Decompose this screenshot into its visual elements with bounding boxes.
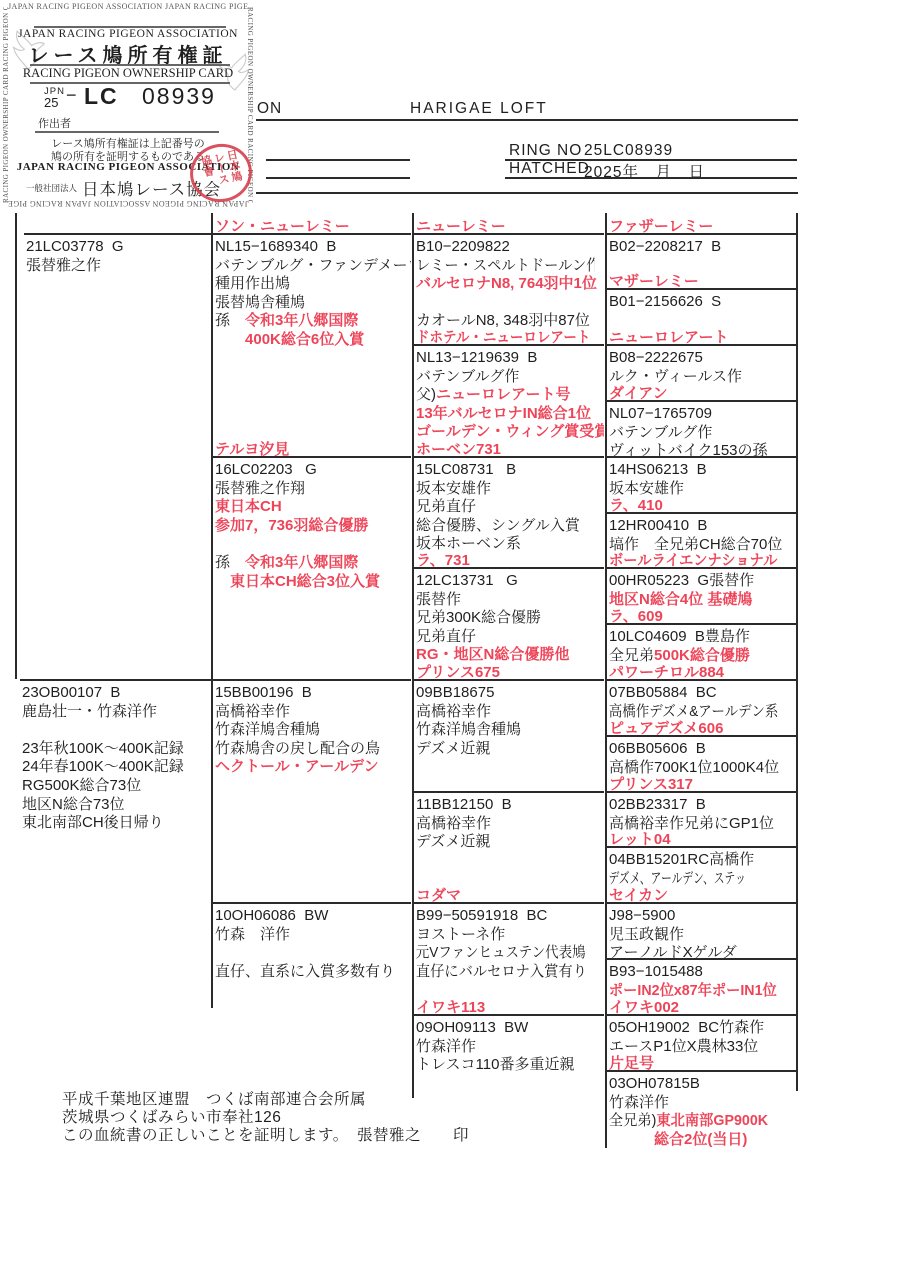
note-line: 兄弟直仔 <box>414 498 604 517</box>
ring-line: B08−2222675 <box>607 349 797 368</box>
ring-line: 10OH06086 BW <box>213 907 411 926</box>
blank-field-line <box>266 177 410 179</box>
pedigree-cell: ニューレミー B10−2209822 レミー・スペルトドールン作 バルセロナN8… <box>414 233 604 331</box>
note-line: デズメ近親 <box>414 740 604 759</box>
ring-no-value: 25LC08939 <box>584 142 673 160</box>
hatched-label: HATCHED <box>509 160 590 178</box>
pigeon-name: 片足号 <box>609 1052 654 1073</box>
ring-line: B02−2208217 B <box>607 238 797 257</box>
award-line: 東日本CH総合3位入賞 <box>213 573 411 592</box>
note-line: デズメ近親 <box>414 833 604 852</box>
ring-line: 12LC13731 G <box>414 572 604 591</box>
ring-line: 00HR05223 G張替作 <box>607 572 797 591</box>
pigeon-name: イワキ113 <box>416 996 485 1017</box>
record-line: 東北南部CH後日帰り <box>20 814 212 833</box>
award-line: 総合優勝、シングル入賞 <box>414 517 604 536</box>
note-line: トレスコ110番多重近親 <box>414 1056 604 1075</box>
pigeon-name: プリンス317 <box>609 773 693 794</box>
loft-word-fragment: ON <box>257 100 282 118</box>
award-line: 兄弟300K総合優勝 <box>414 609 604 628</box>
pedigree-cell: ファザーレミー B02−2208217 B <box>607 233 797 257</box>
breeder-line: バテンブルグ作 <box>414 368 604 387</box>
card-ring-year: 25 <box>44 95 58 110</box>
pedigree-cell-father: 21LC03778 G 張替雅之作 <box>24 233 212 275</box>
breeder-line: 高橋裕幸作 <box>414 703 604 722</box>
pedigree-cell: パワーチロル884 07BB05884 BC 高橋作デズメ&アールデン系 <box>607 679 797 721</box>
card-maker-line <box>35 131 219 133</box>
award-line: 総合2位(当日) <box>607 1131 797 1150</box>
blank-line <box>213 535 411 554</box>
pedigree-cell: ソン・ニューレミー NL15−1689340 B バテンブルグ・ファンデメーウ作… <box>213 233 411 350</box>
pigeon-name: ボールライエンナショナル <box>609 549 777 570</box>
pigeon-name: テルヨ汐見 <box>215 438 289 459</box>
breeder-line: 坂本安雄作 <box>414 480 604 499</box>
pigeon-name: ソン・ニューレミー <box>215 215 350 236</box>
pedigree-cell: イワキ002 05OH19002 BC竹森作 エースP1位X農林33位 <box>607 1014 797 1056</box>
breeder-line: 児玉政観作 <box>607 926 797 945</box>
card-maker-label: 作出者 <box>38 115 71 131</box>
pedigree-cell: B93−1015488 ポーIN2位x87年ポーIN1位 <box>607 958 797 1000</box>
record-line: 23年秋100K〜400K記録 <box>20 740 212 759</box>
seal-text: 日本鳩レース協會 <box>197 148 244 193</box>
pedigree-cell: 10OH06086 BW 竹森 洋作 直仔、直系に入賞多数有り <box>213 902 411 981</box>
loft-underline <box>256 119 798 121</box>
breeder-line: 竹森 洋作 <box>213 926 411 945</box>
note-line: 竹森洋鳩舎種鳩 <box>414 721 604 740</box>
pigeon-name: ラ、609 <box>609 605 663 626</box>
pigeon-name: ラ、410 <box>609 494 663 515</box>
award-line: 孫 令和3年八郷国際 <box>213 312 411 331</box>
pedigree-cell: プリンス675 09BB18675 高橋裕幸作 竹森洋鳩舎種鳩 デズメ近親 <box>414 679 604 758</box>
note-line: 直仔、直系に入賞多数有り <box>213 963 411 982</box>
ring-line: B01−2156626 S <box>607 293 797 312</box>
ring-line: B93−1015488 <box>607 963 797 982</box>
note-line: 竹森鳩舎の戻し配合の鳥 <box>213 740 411 759</box>
record-line: RG500K総合73位 <box>20 777 212 796</box>
pedigree-cell: ニューロレアート B08−2222675 ルク・ヴィールス作 <box>607 344 797 386</box>
pedigree-cell: ラ、731 12LC13731 G 張替作 兄弟300K総合優勝 兄弟直仔 RG… <box>414 567 604 665</box>
ring-line: NL13−1219639 B <box>414 349 604 368</box>
pigeon-name: ピュアデズメ606 <box>609 717 723 738</box>
breeder-line: 竹森洋作 <box>607 1094 797 1113</box>
note-line: 種用作出鳩 <box>213 275 411 294</box>
pedigree-cell: プリンス317 02BB23317 B 高橋裕幸作兄弟にGP1位 <box>607 791 797 833</box>
pigeon-name: ラ、731 <box>416 549 470 570</box>
breeder-line: 張替作 <box>414 591 604 610</box>
note-line: 兄弟直仔 <box>414 628 604 647</box>
pigeon-name: レット04 <box>609 828 671 849</box>
strain-line: ヘクトール・アールデン <box>213 758 411 777</box>
ring-line: 14HS06213 B <box>607 461 797 480</box>
ring-line: 02BB23317 B <box>607 796 797 815</box>
ownership-card: JAPAN RACING PIGEON ASSOCIATION JAPAN RA… <box>2 2 254 208</box>
header-bottom-line <box>256 192 798 194</box>
breeder-line: バテンブルグ・ファンデメーウ作 <box>213 257 411 276</box>
ring-line: 03OH07815B <box>607 1075 797 1094</box>
pigeon-name: ホーベン731 <box>416 438 501 459</box>
pedigree-cell: ボールライエンナショナル 00HR05223 G張替作 地区N総合4位 基礎鳩 <box>607 567 797 609</box>
award-line: 参加7，736羽総合優勝 <box>213 517 411 536</box>
blank-field-line <box>266 159 410 161</box>
card-ring-series: LC <box>84 83 119 110</box>
pedigree-cell: 15BB00196 B 高橋裕幸作 竹森洋鳩舎種鳩 竹森鳩舎の戻し配合の鳥 ヘク… <box>213 679 411 777</box>
ring-line: J98−5900 <box>607 907 797 926</box>
loft-name: HARIGAE LOFT <box>410 100 548 118</box>
pigeon-name: イワキ002 <box>609 996 679 1017</box>
award-line: 直仔にバルセロナ入賞有り <box>414 963 595 982</box>
ring-line: 23OB00107 B <box>20 684 212 703</box>
ring-line: NL15−1689340 B <box>213 238 411 257</box>
blank-line <box>20 721 212 740</box>
pedigree-cell: ラ、410 12HR00410 B 塙作 全兄弟CH総合70位 <box>607 512 797 554</box>
award-line: 全兄弟)東北南部GP900K <box>607 1112 788 1131</box>
note-line: 元Vファンヒュステン代表鳩 <box>414 944 585 963</box>
award-line: 400K総合6位入賞 <box>213 331 411 350</box>
pigeon-name: ファザーレミー <box>609 215 713 236</box>
pedigree-cell: イワキ113 09OH09113 BW 竹森洋作 トレスコ110番多重近親 <box>414 1014 604 1075</box>
pigeon-name: ドホテル・ニューロレアート <box>416 326 590 347</box>
hatched-underline <box>505 177 797 179</box>
pigeon-name: マザーレミー <box>609 270 699 291</box>
card-border-top-text: JAPAN RACING PIGEON ASSOCIATION JAPAN RA… <box>8 2 248 11</box>
breeder-line: ヨストーネ作 <box>414 926 604 945</box>
note-line: 父)ニューロレアート号 <box>414 386 604 405</box>
ring-line: 09BB18675 <box>414 684 604 703</box>
ring-line: 09OH09113 BW <box>414 1019 604 1038</box>
ring-line: 11BB12150 B <box>414 796 604 815</box>
breeder-line: レミー・スペルトドールン作 <box>414 257 595 276</box>
breeder-line: 高橋裕幸作 <box>414 815 604 834</box>
record-line: 地区N総合73位 <box>20 796 212 815</box>
breeder-line: 高橋裕幸作 <box>213 703 411 722</box>
ring-line: 06BB05606 B <box>607 740 797 759</box>
pedigree-cell: 11BB12150 B 高橋裕幸作 デズメ近親 <box>414 791 604 852</box>
pedigree-cell: ピュアデズメ606 06BB05606 B 高橋作700K1位1000K4位 <box>607 735 797 777</box>
ring-line: 05OH19002 BC竹森作 <box>607 1019 797 1038</box>
ring-line: 12HR00410 B <box>607 517 797 536</box>
pedigree-cell: ホーベン731 15LC08731 B 坂本安雄作 兄弟直仔 総合優勝、シングル… <box>414 456 604 554</box>
pedigree-cell: マザーレミー B01−2156626 S <box>607 288 797 312</box>
pedigree-certificate: JAPAN RACING PIGEON ASSOCIATION JAPAN RA… <box>0 0 900 1272</box>
note-line: 竹森洋鳩舎種鳩 <box>213 721 411 740</box>
breeder-line: バテンブルグ作 <box>607 424 797 443</box>
record-line: 24年春100K〜400K記録 <box>20 758 212 777</box>
pedigree-cell: コダマ B99−50591918 BC ヨストーネ作 元Vファンヒュステン代表鳩… <box>414 902 604 981</box>
pedigree-cell: セイカン J98−5900 児玉政観作 アーノルドXゲルダ <box>607 902 797 963</box>
ring-line: 15BB00196 B <box>213 684 411 703</box>
pedigree-cell: ラ、609 10LC04609 B豊島作 全兄弟500K総合優勝 <box>607 623 797 665</box>
ring-line: NL07−1765709 <box>607 405 797 424</box>
card-ring-dash: − <box>66 85 77 106</box>
card-ring-number: 08939 <box>142 83 216 110</box>
ring-line: 16LC02203 G <box>213 461 411 480</box>
card-title-en: RACING PIGEON OWNERSHIP CARD <box>2 66 254 81</box>
note-line: 張替鳩舎種鳩 <box>213 294 411 313</box>
pigeon-name: セイカン <box>609 884 668 905</box>
award-line: 13年バルセロナIN総合1位 <box>414 405 604 424</box>
breeder-line: 張替雅之作 <box>24 257 212 276</box>
award-line: 孫 令和3年八郷国際 <box>213 554 411 573</box>
ring-no-label: RING NO <box>509 142 582 160</box>
ring-line: 04BB15201RC高橋作 <box>607 851 797 870</box>
pedigree-cell: レット04 04BB15201RC高橋作 デズメ、アールデン、ステッケル系 <box>607 846 797 888</box>
ring-line: 15LC08731 B <box>414 461 604 480</box>
blank-line <box>213 944 411 963</box>
award-line: 東日本CH <box>213 498 411 517</box>
award-line: バルセロナN8, 764羽中1位 <box>414 275 604 294</box>
ring-line: 21LC03778 G <box>24 238 212 257</box>
ring-line: B99−50591918 BC <box>414 907 604 926</box>
pigeon-name: ダイアン <box>609 382 668 403</box>
pigeon-name: ニューレミー <box>416 215 506 236</box>
breeder-line: 鹿島壮一・竹森洋作 <box>20 703 212 722</box>
certify-line: この血統書の正しいことを証明します。 張替雅之 印 <box>62 1123 469 1145</box>
pedigree-cell: 14HS06213 B 坂本安雄作 <box>607 456 797 498</box>
breeder-line: 竹森洋作 <box>414 1038 604 1057</box>
card-org-prefix: 一般社団法人 <box>26 182 77 194</box>
pigeon-name: パワーチロル884 <box>609 661 724 682</box>
pedigree-cell: テルヨ汐見 16LC02203 G 張替雅之作翔 東日本CH 参加7，736羽総… <box>213 456 411 591</box>
pigeon-name: プリンス675 <box>416 661 500 682</box>
pedigree-cell-mother: 23OB00107 B 鹿島壮一・竹森洋作 23年秋100K〜400K記録 24… <box>20 679 212 833</box>
ring-line: 10LC04609 B豊島作 <box>607 628 797 647</box>
ring-line: B10−2209822 <box>414 238 604 257</box>
pigeon-name: コダマ <box>416 884 461 905</box>
pedigree-cell: ダイアン NL07−1765709 バテンブルグ作 ヴィットバイク153の孫 <box>607 400 797 461</box>
pedigree-spine-line <box>15 213 17 679</box>
breeder-line: 張替雅之作翔 <box>213 480 411 499</box>
ring-line: 07BB05884 BC <box>607 684 797 703</box>
pedigree-cell: ドホテル・ニューロレアート NL13−1219639 B バテンブルグ作 父)ニ… <box>414 344 604 442</box>
pedigree-cell: 片足号 03OH07815B 竹森洋作 全兄弟)東北南部GP900K 総合2位(… <box>607 1070 797 1149</box>
blank-line <box>414 294 604 313</box>
pigeon-name: ニューロレアート <box>609 326 729 347</box>
